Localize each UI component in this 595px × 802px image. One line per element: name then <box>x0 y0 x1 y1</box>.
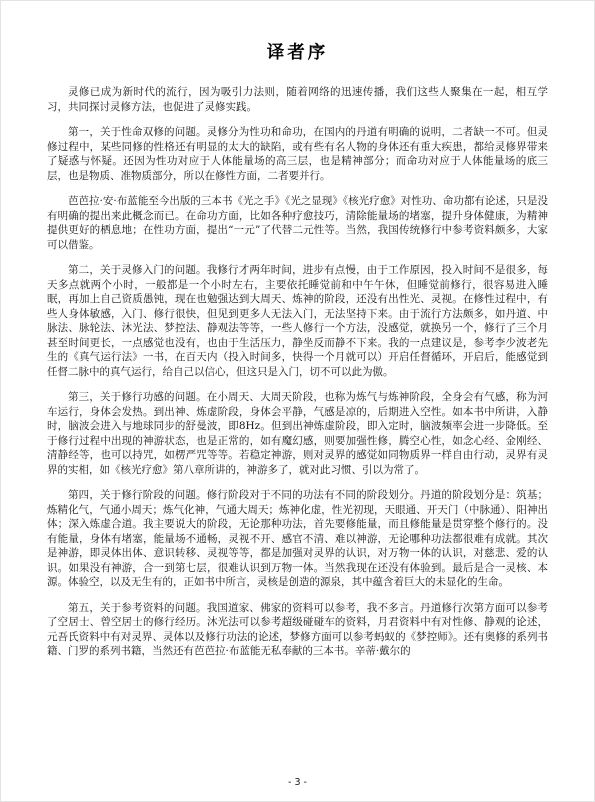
paragraph: 第五，关于参考资料的问题。我国道家、佛家的资料可以参考，我不多言。丹道修行次第方… <box>47 601 548 659</box>
paragraph: 第二，关于灵修入门的问题。我修行才两年时间，进步有点慢，由于工作原因，投入时间不… <box>47 263 548 379</box>
paragraph: 第四，关于修行阶段的问题。修行阶段对于不同的功法有不同的阶段划分。丹道的阶段划分… <box>47 488 548 590</box>
paragraph: 灵修已成为新时代的流行，因为吸引力法则，随着网络的迅速传播，我们这些人聚集在一起… <box>47 85 548 114</box>
page-title: 译者序 <box>47 39 548 64</box>
paragraph: 芭芭拉·安·布蓝能至今出版的三本书《光之手》《光之显现》《核光疗愈》对性功、命功… <box>47 194 548 252</box>
document-page: 译者序 灵修已成为新时代的流行，因为吸引力法则，随着网络的迅速传播，我们这些人聚… <box>0 0 595 802</box>
paragraph: 第一，关于性命双修的问题。灵修分为性功和命功，在国内的丹道有明确的说明，二者缺一… <box>47 125 548 183</box>
paragraph: 第三，关于修行功感的问题。在小周天、大周天阶段，也称为炼气与炼神阶段，全身会有气… <box>47 390 548 477</box>
page-number: - 3 - <box>1 777 594 788</box>
